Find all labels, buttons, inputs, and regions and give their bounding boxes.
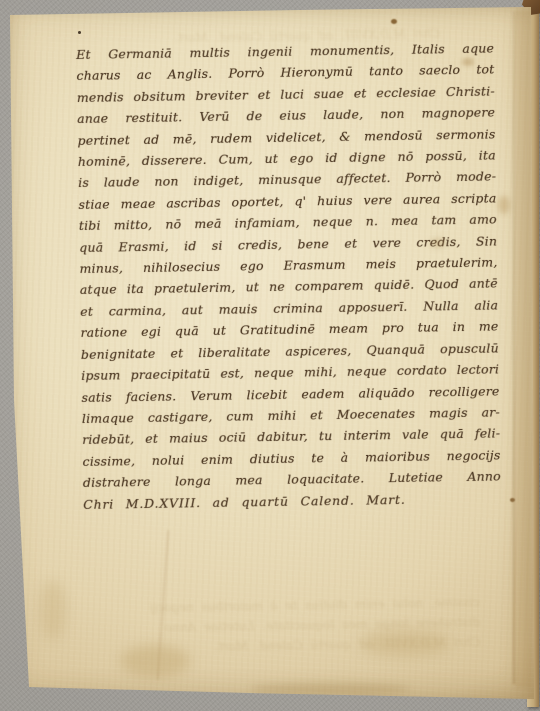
page-edge-vignette: [0, 0, 540, 711]
scan-photograph: Chri M.D.XVIII. ad quartū Calend. Mart. …: [0, 0, 540, 711]
manuscript-page: Chri M.D.XVIII. ad quartū Calend. Mart. …: [0, 0, 540, 711]
